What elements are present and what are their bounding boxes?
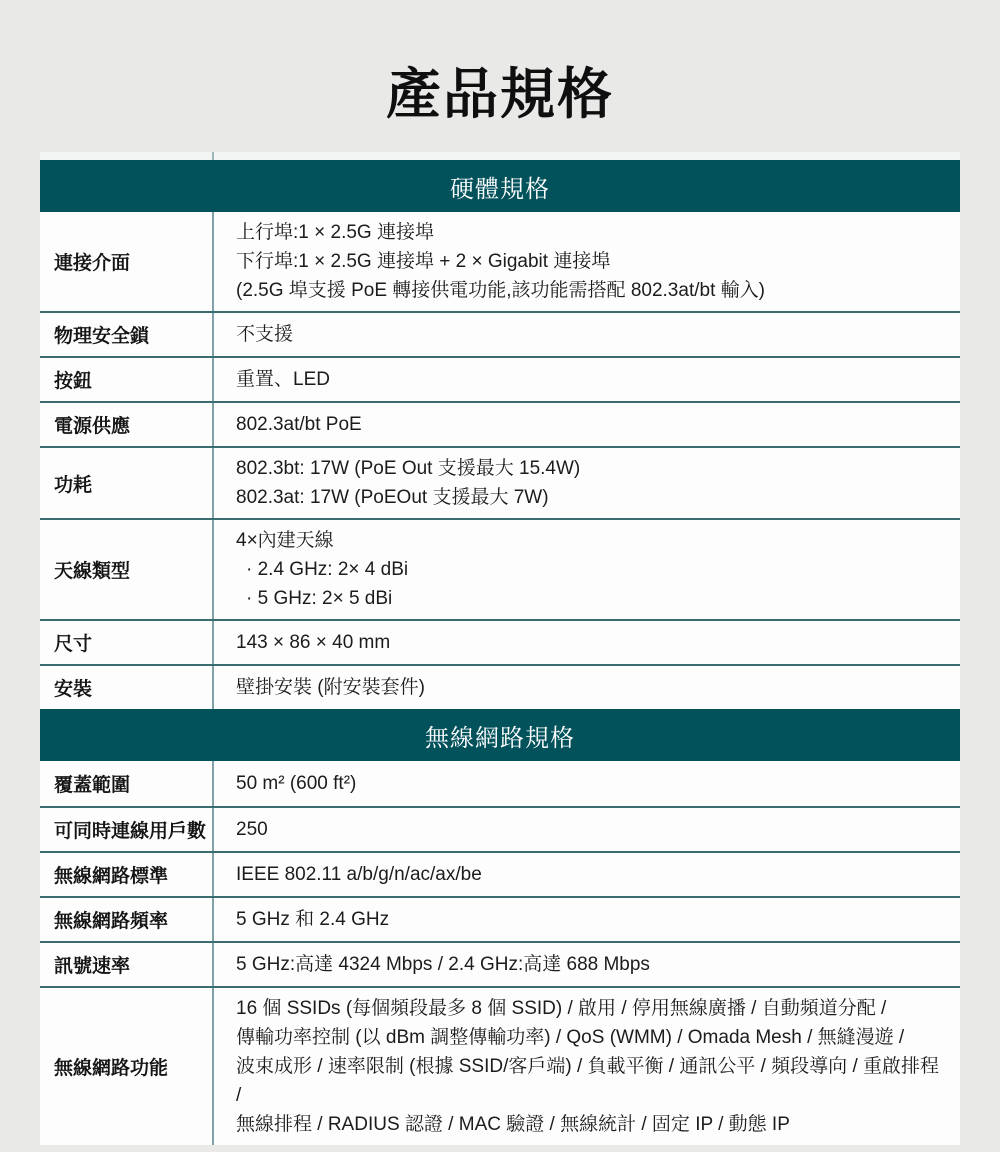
section-hardware: 硬體規格 連接介面 上行埠:1 × 2.5G 連接埠 下行埠:1 × 2.5G … — [40, 160, 960, 709]
spec-value: 5 GHz:高達 4324 Mbps / 2.4 GHz:高達 688 Mbps — [212, 943, 960, 986]
spec-row-antenna-type: 天線類型 4×內建天線 · 2.4 GHz: 2× 4 dBi · 5 GHz:… — [40, 518, 960, 619]
spec-value-line: 143 × 86 × 40 mm — [236, 628, 942, 657]
page-title: 產品規格 — [0, 0, 1000, 129]
spec-row-wireless-functions: 無線網路功能 16 個 SSIDs (每個頻段最多 8 個 SSID) / 啟用… — [40, 986, 960, 1145]
spec-row-power-supply: 電源供應 802.3at/bt PoE — [40, 401, 960, 446]
spec-value-line: 不支援 — [236, 320, 942, 349]
spec-label: 訊號速率 — [40, 943, 212, 986]
spec-value: 802.3bt: 17W (PoE Out 支援最大 15.4W) 802.3a… — [212, 448, 960, 518]
spec-value: 上行埠:1 × 2.5G 連接埠 下行埠:1 × 2.5G 連接埠 + 2 × … — [212, 212, 960, 311]
spec-label: 按鈕 — [40, 358, 212, 401]
spec-value-line: 250 — [236, 815, 942, 844]
spec-value: 壁掛安裝 (附安裝套件) — [212, 666, 960, 709]
spec-value-line: 壁掛安裝 (附安裝套件) — [236, 673, 942, 702]
spec-row-buttons: 按鈕 重置、LED — [40, 356, 960, 401]
spec-value: 重置、LED — [212, 358, 960, 401]
wireless-rows: 覆蓋範圍 50 m² (600 ft²) 可同時連線用戶數 250 無線網路標準… — [40, 761, 960, 1145]
page: 產品規格 硬體規格 連接介面 上行埠:1 × 2.5G 連接埠 下行埠:1 × … — [0, 0, 1000, 129]
spec-value: 5 GHz 和 2.4 GHz — [212, 898, 960, 941]
spec-label: 無線網路頻率 — [40, 898, 212, 941]
spec-value-line: (2.5G 埠支援 PoE 轉接供電功能,該功能需搭配 802.3at/bt 輸… — [236, 276, 942, 305]
spec-row-concurrent-clients: 可同時連線用戶數 250 — [40, 806, 960, 851]
hardware-rows: 連接介面 上行埠:1 × 2.5G 連接埠 下行埠:1 × 2.5G 連接埠 +… — [40, 212, 960, 709]
spec-value: 143 × 86 × 40 mm — [212, 621, 960, 664]
spec-value-line: 傳輸功率控制 (以 dBm 調整傳輸功率) / QoS (WMM) / Omad… — [236, 1023, 942, 1052]
hardware-section-header: 硬體規格 — [40, 160, 960, 212]
spec-label: 可同時連線用戶數 — [40, 808, 212, 851]
spec-value-line: 802.3at/bt PoE — [236, 410, 942, 439]
section-wireless: 無線網路規格 覆蓋範圍 50 m² (600 ft²) 可同時連線用戶數 250… — [40, 709, 960, 1145]
wireless-section-header: 無線網路規格 — [40, 709, 960, 761]
spec-label: 功耗 — [40, 448, 212, 518]
spec-value-line: 波束成形 / 速率限制 (根據 SSID/客戶端) / 負載平衡 / 通訊公平 … — [236, 1052, 942, 1110]
spec-value-line: 16 個 SSIDs (每個頻段最多 8 個 SSID) / 啟用 / 停用無線… — [236, 994, 942, 1023]
spec-label: 物理安全鎖 — [40, 313, 212, 356]
spec-label: 連接介面 — [40, 212, 212, 311]
spec-row-interfaces: 連接介面 上行埠:1 × 2.5G 連接埠 下行埠:1 × 2.5G 連接埠 +… — [40, 212, 960, 311]
spec-row-signal-rate: 訊號速率 5 GHz:高達 4324 Mbps / 2.4 GHz:高達 688… — [40, 941, 960, 986]
spec-label: 天線類型 — [40, 520, 212, 619]
column-divider-notch — [212, 152, 214, 160]
spec-label: 尺寸 — [40, 621, 212, 664]
spec-value-line: 5 GHz 和 2.4 GHz — [236, 905, 942, 934]
spec-value: 16 個 SSIDs (每個頻段最多 8 個 SSID) / 啟用 / 停用無線… — [212, 988, 960, 1145]
spec-row-wireless-standards: 無線網路標準 IEEE 802.11 a/b/g/n/ac/ax/be — [40, 851, 960, 896]
spec-value: 4×內建天線 · 2.4 GHz: 2× 4 dBi · 5 GHz: 2× 5… — [212, 520, 960, 619]
spec-value-line: 上行埠:1 × 2.5G 連接埠 — [236, 218, 942, 247]
spec-table: 硬體規格 連接介面 上行埠:1 × 2.5G 連接埠 下行埠:1 × 2.5G … — [40, 160, 960, 1145]
spec-value: IEEE 802.11 a/b/g/n/ac/ax/be — [212, 853, 960, 896]
spec-value: 不支援 — [212, 313, 960, 356]
table-top-strip — [40, 152, 960, 160]
spec-value: 250 — [212, 808, 960, 851]
spec-row-power-consumption: 功耗 802.3bt: 17W (PoE Out 支援最大 15.4W) 802… — [40, 446, 960, 518]
spec-value-line: 下行埠:1 × 2.5G 連接埠 + 2 × Gigabit 連接埠 — [236, 247, 942, 276]
spec-value-line: IEEE 802.11 a/b/g/n/ac/ax/be — [236, 860, 942, 889]
spec-row-dimensions: 尺寸 143 × 86 × 40 mm — [40, 619, 960, 664]
spec-value-line: · 5 GHz: 2× 5 dBi — [236, 584, 942, 613]
spec-label: 無線網路功能 — [40, 988, 212, 1145]
spec-label: 安裝 — [40, 666, 212, 709]
spec-value-line: 無線排程 / RADIUS 認證 / MAC 驗證 / 無線統計 / 固定 IP… — [236, 1110, 942, 1139]
spec-label: 無線網路標準 — [40, 853, 212, 896]
spec-label: 覆蓋範圍 — [40, 761, 212, 806]
spec-row-security-lock: 物理安全鎖 不支援 — [40, 311, 960, 356]
spec-row-wireless-frequency: 無線網路頻率 5 GHz 和 2.4 GHz — [40, 896, 960, 941]
spec-value-line: 重置、LED — [236, 365, 942, 394]
spec-row-mounting: 安裝 壁掛安裝 (附安裝套件) — [40, 664, 960, 709]
spec-value-line: 5 GHz:高達 4324 Mbps / 2.4 GHz:高達 688 Mbps — [236, 950, 942, 979]
spec-value-line: 802.3at: 17W (PoEOut 支援最大 7W) — [236, 483, 942, 512]
spec-value-line: 50 m² (600 ft²) — [236, 769, 942, 798]
spec-value-line: 802.3bt: 17W (PoE Out 支援最大 15.4W) — [236, 454, 942, 483]
spec-value: 802.3at/bt PoE — [212, 403, 960, 446]
spec-value-line: 4×內建天線 — [236, 526, 942, 555]
spec-value: 50 m² (600 ft²) — [212, 761, 960, 806]
spec-row-coverage: 覆蓋範圍 50 m² (600 ft²) — [40, 761, 960, 806]
spec-value-line: · 2.4 GHz: 2× 4 dBi — [236, 555, 942, 584]
spec-label: 電源供應 — [40, 403, 212, 446]
